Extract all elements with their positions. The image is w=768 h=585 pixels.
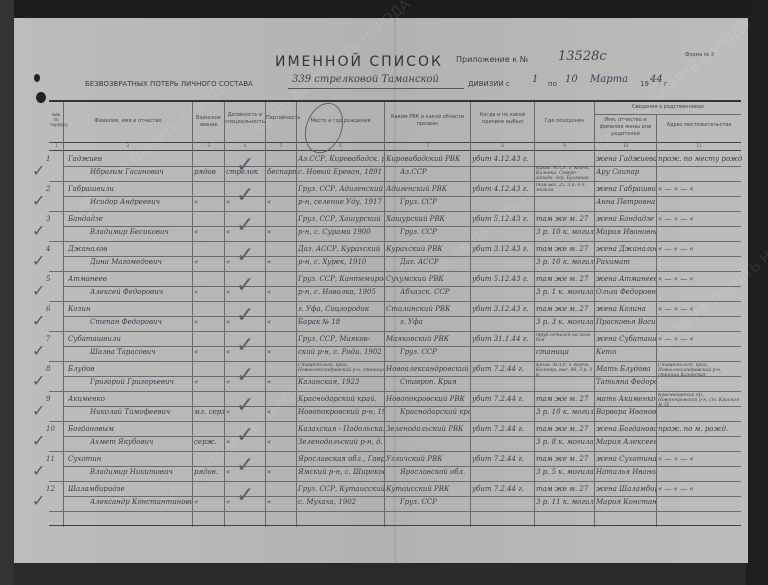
- form-number: Форма № 3: [685, 52, 714, 58]
- unit-underline: [288, 88, 464, 89]
- cell-given: Шалва Тарасович: [90, 346, 192, 358]
- cell-rvk1: Маяковский РВК: [386, 333, 470, 345]
- cell-kin1: жена Шаламбиридзе: [596, 483, 656, 495]
- cell-n: 2: [46, 185, 62, 193]
- cell-given: Владимир Никитович: [90, 466, 192, 478]
- check-mark-icon: ✓: [32, 283, 45, 299]
- cell-rvk2: Груз. ССР: [400, 196, 470, 208]
- cell-reason: убит 4.12.43 г.: [472, 153, 534, 165]
- cell-kin1: жена Богданова: [596, 423, 656, 435]
- cell-rvk2: Груз. ССР: [400, 346, 470, 358]
- cell-kin2: Мария Ивановна: [596, 226, 656, 238]
- row-bottom-line: [49, 511, 741, 512]
- colnum: 3: [193, 143, 224, 148]
- punch-hole-icon: [34, 74, 40, 82]
- check-mark-icon: ✓: [32, 403, 45, 419]
- cell-burial1: там же м. 27: [536, 423, 594, 435]
- cell-reason: убит 3.12.43 г.: [472, 243, 534, 255]
- cell-burial1: там же м. 27: [536, 213, 594, 225]
- cell-addr: « — « — «: [658, 273, 742, 285]
- header-col-3: Воинское звание: [193, 115, 224, 129]
- cell-addr: « — « — «: [658, 243, 742, 255]
- cell-given: Александр Константинович: [90, 496, 192, 508]
- cell-reason: убит 7.2.44 г.: [472, 393, 534, 405]
- year: 44: [650, 74, 663, 85]
- cell-burial1: там же м. 27: [536, 273, 594, 285]
- cell-position: «: [226, 346, 264, 358]
- cell-rank: «: [194, 496, 224, 508]
- cell-n: 1: [46, 155, 62, 163]
- cell-position: «: [226, 496, 264, 508]
- header-col-5: Партийность: [266, 115, 296, 122]
- cell-addr: Ставропольск. край, Новоалександровский …: [658, 363, 742, 377]
- cell-addr: « — « — «: [658, 213, 742, 225]
- cell-birth1: Краснодарский край,: [298, 393, 384, 405]
- cell-n: 11: [46, 455, 62, 463]
- unit-name: 339 стрелковой Таманской: [292, 74, 439, 85]
- cell-birth1: Груз. ССР, Кутаисский р-н,: [298, 483, 384, 495]
- division-label: ДИВИЗИИ с: [468, 80, 510, 88]
- cell-rvk1: Сталинский РВК: [386, 303, 470, 315]
- cell-rvk1: Хашурский РВК: [386, 213, 470, 225]
- cell-rank: рядов.: [194, 466, 224, 478]
- cell-party: «: [267, 196, 296, 208]
- cell-rvk1: Кутаисский РВК: [386, 483, 470, 495]
- cell-kin1: жена Субаташвили: [596, 333, 656, 345]
- cell-birth2: Казанская, 1923: [298, 376, 384, 388]
- cell-kin2: Наталья Ивановна: [596, 466, 656, 478]
- cell-rvk2: г. Уфа: [400, 316, 470, 328]
- cell-burial: станица: [536, 346, 594, 358]
- header-col-4: Должность и специальность: [225, 112, 265, 126]
- colnum: 1: [50, 143, 63, 148]
- header-col-2: Фамилия, имя и отчество: [64, 118, 192, 125]
- cell-rvk1: Угличский РВК: [386, 453, 470, 465]
- cell-given: Дина Магомедович: [90, 256, 192, 268]
- colnum: 8: [471, 143, 534, 148]
- cell-birth2: с. Мухаха, 1902: [298, 496, 384, 508]
- cell-n: 3: [46, 215, 62, 223]
- cell-addr: « — « — «: [658, 183, 742, 195]
- row-bottom-line: [49, 481, 741, 482]
- check-mark-icon: ✓: [32, 313, 45, 329]
- date-from: 1: [532, 74, 538, 85]
- cell-rvk2: Краснодарский край: [400, 406, 470, 418]
- group-header-line: [594, 114, 741, 115]
- row-bottom-line: [49, 271, 741, 272]
- cell-kin2: Прасковья Васильевна: [596, 316, 656, 328]
- cell-surname: Богдановым: [68, 423, 192, 435]
- cell-position: «: [226, 406, 264, 418]
- cell-party: «: [267, 466, 296, 478]
- cell-kin1: Мать Блудова: [596, 363, 656, 375]
- appendix-label: Приложение к №: [456, 55, 528, 64]
- cell-rvk1: Новоалександровский РВК: [386, 363, 470, 375]
- date-to-label: по: [548, 80, 557, 88]
- cell-party: «: [267, 376, 296, 388]
- subtitle-prefix: БЕЗВОЗВРАТНЫХ ПОТЕРЬ ЛИЧНОГО СОСТАВА: [85, 80, 253, 88]
- cell-party: беспарт.: [267, 166, 296, 178]
- cell-rvk2: Груз. ССР: [400, 226, 470, 238]
- colnum: 2: [64, 143, 192, 148]
- cell-party: «: [267, 226, 296, 238]
- row-bottom-line: [49, 421, 741, 422]
- cell-birth2: Барак № 18: [298, 316, 384, 328]
- cell-birth2: р-н, с. Хурек, 1910: [298, 256, 384, 268]
- cell-kin2: Варвара Ивановна: [596, 406, 656, 418]
- cell-burial: 3 р. 10 к. могила: [536, 406, 594, 418]
- colnum: 5: [266, 143, 296, 148]
- cell-kin2: Анна Петровна: [596, 196, 656, 208]
- cell-rvk1: Кировабадский РВК: [386, 153, 470, 165]
- cell-given: Алексей Федорович: [90, 286, 192, 298]
- cell-reason: убит 7.2.44 г.: [472, 363, 534, 375]
- table-top-rule: [49, 100, 741, 102]
- cell-reason: убит 7.2.44 г.: [472, 453, 534, 465]
- cell-rank: «: [194, 226, 224, 238]
- cell-surname: Атманеев: [68, 273, 192, 285]
- cell-kin1: жена Джаналова: [596, 243, 656, 255]
- cell-burial: 3 р. 3 к. могила: [536, 316, 594, 328]
- cell-kin1: жена Атманеева: [596, 273, 656, 285]
- cell-reason: убит 31.1.44 г.: [472, 333, 534, 345]
- row-bottom-line: [49, 181, 741, 182]
- header-col-1: №№ по порядку: [50, 112, 62, 127]
- cell-kin1: жена Габрашвили: [596, 183, 656, 195]
- cell-birth1: г. Уфа, Соцгородок: [298, 303, 384, 315]
- cell-surname: Гаджиев: [68, 153, 192, 165]
- cell-surname: Субаташвили: [68, 333, 192, 345]
- cell-surname: Бандадзе: [68, 213, 192, 225]
- cell-kin1: жена Бандадзе: [596, 213, 656, 225]
- cell-reason: убит 3.12.43 г.: [472, 303, 534, 315]
- cell-kin2: Ару Саипар: [596, 166, 656, 178]
- cell-birth2: Зеленодольский р-н, д. Березовка 1903: [298, 436, 384, 448]
- cell-n: 12: [46, 485, 62, 493]
- row-bottom-line: [49, 391, 741, 392]
- cell-rvk2: Абхазск. ССР: [400, 286, 470, 298]
- cell-n: 7: [46, 335, 62, 343]
- document-title: ИМЕННОЙ СПИСОК: [275, 54, 443, 70]
- row-bottom-line: [49, 211, 741, 212]
- cell-burial1: там же м. 27: [536, 243, 594, 255]
- check-mark-icon: ✓: [32, 223, 45, 239]
- cell-rvk1: Курахский РВК: [386, 243, 470, 255]
- colnum: 11: [657, 143, 741, 148]
- date-to: 10: [565, 74, 578, 85]
- cell-kin2: Мария Алексеевна: [596, 436, 656, 448]
- cell-party: «: [267, 346, 296, 358]
- cell-rvk2: Груз. ССР: [400, 496, 470, 508]
- cell-birth2: р-н, селение Уду, 1917: [298, 196, 384, 208]
- cell-rank: «: [194, 286, 224, 298]
- cell-birth2: ский р-н, с. Роди, 1902: [298, 346, 384, 358]
- cell-rvk1: Адигенский РВК: [386, 183, 470, 195]
- check-mark-icon: ✓: [32, 163, 45, 179]
- cell-surname: Шаламбиридзе: [68, 483, 192, 495]
- cell-position: «: [226, 196, 264, 208]
- cell-position: «: [226, 436, 264, 448]
- cell-given: Исидор Андреевич: [90, 196, 192, 208]
- cell-addr: прож. по месту рождения: [658, 153, 742, 165]
- check-mark-icon: ✓: [32, 193, 45, 209]
- cell-birth2: Новопокровский р-н, 1924: [298, 406, 384, 418]
- cell-party: «: [267, 436, 296, 448]
- cell-position: «: [226, 466, 264, 478]
- cell-birth1: Груз. ССР, Маяков-: [298, 333, 384, 345]
- cell-birth1: Ярославская обл., Гаврилов-: [298, 453, 384, 465]
- cell-addr: Краснодарский кр., Новопокровский р-н, с…: [658, 393, 742, 407]
- cell-rvk2: Даг. АССР: [400, 256, 470, 268]
- check-mark-icon: ✓: [32, 343, 45, 359]
- row-bottom-line: [49, 361, 741, 362]
- punch-hole-icon: [36, 92, 46, 103]
- cell-addr: « — « — «: [658, 453, 742, 465]
- cell-birth1: Ставропольск. край, Новоалександровский …: [298, 363, 384, 377]
- cell-kin1: мать Акименко: [596, 393, 656, 405]
- cell-burial1: там же м. 27: [536, 303, 594, 315]
- cell-kin1: жена Сухотина: [596, 453, 656, 465]
- cell-kin2: Ольга Федоровна: [596, 286, 656, 298]
- cell-rvk2: Ярославской обл.: [400, 466, 470, 478]
- cell-addr: « — « — «: [658, 303, 742, 315]
- cell-party: «: [267, 316, 296, 328]
- cell-rvk2: Ставроп. Края: [400, 376, 470, 388]
- cell-burial1: труп остался на поле боя: [536, 333, 594, 347]
- cell-surname: Сухотин: [68, 453, 192, 465]
- cell-kin2: Рахимат: [596, 256, 656, 268]
- row-bottom-line: [49, 331, 741, 332]
- cell-rvk2: Аз.ССР: [400, 166, 470, 178]
- cell-addr: « — « — «: [658, 483, 742, 495]
- cell-given: Николай Тимофеевич: [90, 406, 192, 418]
- cell-given: Владимир Бесикович: [90, 226, 192, 238]
- cell-birth1: Груз. ССР, Кантемировск.: [298, 273, 384, 285]
- cell-n: 6: [46, 305, 62, 313]
- appendix-number: 13528с: [558, 49, 607, 64]
- cell-birth1: Груз. ССР, Адигенский: [298, 183, 384, 195]
- check-mark-icon: ✓: [32, 373, 45, 389]
- header-col-7: Каким РВК и какой области призван: [385, 114, 470, 128]
- cell-n: 10: [46, 425, 62, 433]
- cell-rank: мл. серж.: [194, 406, 224, 418]
- cell-party: «: [267, 406, 296, 418]
- scan-background-left: [0, 0, 14, 585]
- cell-rank: серж.: [194, 436, 224, 448]
- cell-position: «: [226, 256, 264, 268]
- check-mark-icon: ✓: [32, 253, 45, 269]
- colnum: 10: [595, 143, 656, 148]
- cell-kin1: жена Гаджиева: [596, 153, 656, 165]
- cell-burial: Крым. АССР, г. Керчь, Колонка, Северо-за…: [536, 166, 594, 180]
- cell-burial1: там же м. 27: [536, 483, 594, 495]
- cell-n: 4: [46, 245, 62, 253]
- cell-kin2: Татьяна Федоровна: [596, 376, 656, 388]
- colnum: 4: [225, 143, 265, 148]
- row-bottom-line: [49, 241, 741, 242]
- header-col-11: Адрес местожительства: [657, 122, 741, 129]
- cell-given: Ибрагим Гасанович: [90, 166, 192, 178]
- cell-burial1: там же м. 27: [536, 453, 594, 465]
- check-mark-icon: ✓: [32, 493, 45, 509]
- cell-party: «: [267, 256, 296, 268]
- cell-rank: «: [194, 316, 224, 328]
- cell-reason: убит 5.12.43 г.: [472, 273, 534, 285]
- cell-rank: «: [194, 196, 224, 208]
- colnum: 7: [385, 143, 470, 148]
- cell-surname: Козин: [68, 303, 192, 315]
- cell-n: 9: [46, 395, 62, 403]
- cell-birth1: Аз.ССР, Кировабадск. р-н,: [298, 153, 384, 165]
- cell-surname: Акименко: [68, 393, 192, 405]
- check-mark-icon: ✓: [32, 433, 45, 449]
- cell-rank: «: [194, 256, 224, 268]
- cell-rank: «: [194, 376, 224, 388]
- cell-rvk1: Зеленодольский РВК: [386, 423, 470, 435]
- cell-rvk1: Сухумский РВК: [386, 273, 470, 285]
- cell-kin2: Кето: [596, 346, 656, 358]
- cell-reason: убит 4.12.43 г.: [472, 183, 534, 195]
- cell-kin2: Мария Константиновна: [596, 496, 656, 508]
- cell-rvk1: Новопокровский РВК: [386, 393, 470, 405]
- row-bottom-line: [49, 301, 741, 302]
- cell-position: стрелок: [226, 166, 264, 178]
- colnum: 9: [535, 143, 594, 148]
- cell-reason: убит 5.12.43 г.: [472, 213, 534, 225]
- cell-birth1: Казахская - Подольская обл.: [298, 423, 384, 435]
- cell-birth1: Груз. ССР, Хашурский: [298, 213, 384, 225]
- cell-given: Степан Федорович: [90, 316, 192, 328]
- year-suffix: г.: [664, 80, 670, 88]
- colnum-bottom-line: [49, 150, 741, 151]
- cell-surname: Габрашвили: [68, 183, 192, 195]
- cell-reason: убит 7.2.44 г.: [472, 423, 534, 435]
- cell-given: Ахмет Якубович: [90, 436, 192, 448]
- cell-position: «: [226, 376, 264, 388]
- cell-position: «: [226, 316, 264, 328]
- table-bottom-line: [49, 525, 741, 526]
- scan-background-right: [746, 0, 768, 585]
- row-bottom-line: [49, 451, 741, 452]
- cell-burial: 3 р. 5 к. могила: [536, 466, 594, 478]
- cell-birth2: с. Новый Ереван, 1891: [298, 166, 384, 178]
- cell-burial: 3 р. 1 к. могила: [536, 286, 594, 298]
- cell-surname: Джаналов: [68, 243, 192, 255]
- cell-burial: 3 р. 10 к. могила: [536, 226, 594, 238]
- cell-burial: 3 р. 10 к. могила: [536, 256, 594, 268]
- cell-birth1: Даг. АССР, Курахский: [298, 243, 384, 255]
- cell-burial1: там же м. 27: [536, 393, 594, 405]
- cell-burial: 3 р. 8 к. могила: [536, 436, 594, 448]
- cell-rank: рядов: [194, 166, 224, 178]
- cell-birth2: р-н, с. Наволка, 1905: [298, 286, 384, 298]
- cell-party: «: [267, 286, 296, 298]
- cell-rank: «: [194, 346, 224, 358]
- cell-kin1: жена Козина: [596, 303, 656, 315]
- month: Марта: [590, 74, 628, 85]
- cell-position: «: [226, 226, 264, 238]
- cell-n: 5: [46, 275, 62, 283]
- year-prefix: 19: [640, 80, 649, 88]
- cell-addr: « — « — «: [658, 333, 742, 345]
- cell-n: 8: [46, 365, 62, 373]
- header-col-10: Имя, отчество и фамилия жены или родител…: [595, 117, 656, 138]
- cell-birth2: р-н, с. Сурами 1900: [298, 226, 384, 238]
- cell-burial1: Крым. АССР, г. Керчь, Колонка, выс. 86, …: [536, 363, 594, 377]
- cell-reason: убит 7.2.44 г.: [472, 483, 534, 495]
- header-col-8: Когда и по какой причине выбыл: [471, 112, 534, 126]
- cell-addr: прож. по м. рожд.: [658, 423, 742, 435]
- cell-burial1: там же, 25, 3 р. 4 к. могила: [536, 183, 594, 197]
- header-group-relatives: Сведения о родственниках: [595, 104, 741, 111]
- header-col-9: Где похоронен: [535, 118, 594, 125]
- check-mark-icon: ✓: [32, 463, 45, 479]
- cell-position: «: [226, 286, 264, 298]
- cell-surname: Блудов: [68, 363, 192, 375]
- cell-birth2: Ямский р-н, с. Широкое, 1915: [298, 466, 384, 478]
- cell-burial: 3 р. 11 к. могила: [536, 496, 594, 508]
- cell-given: Григорий Григорьевич: [90, 376, 192, 388]
- cell-party: «: [267, 496, 296, 508]
